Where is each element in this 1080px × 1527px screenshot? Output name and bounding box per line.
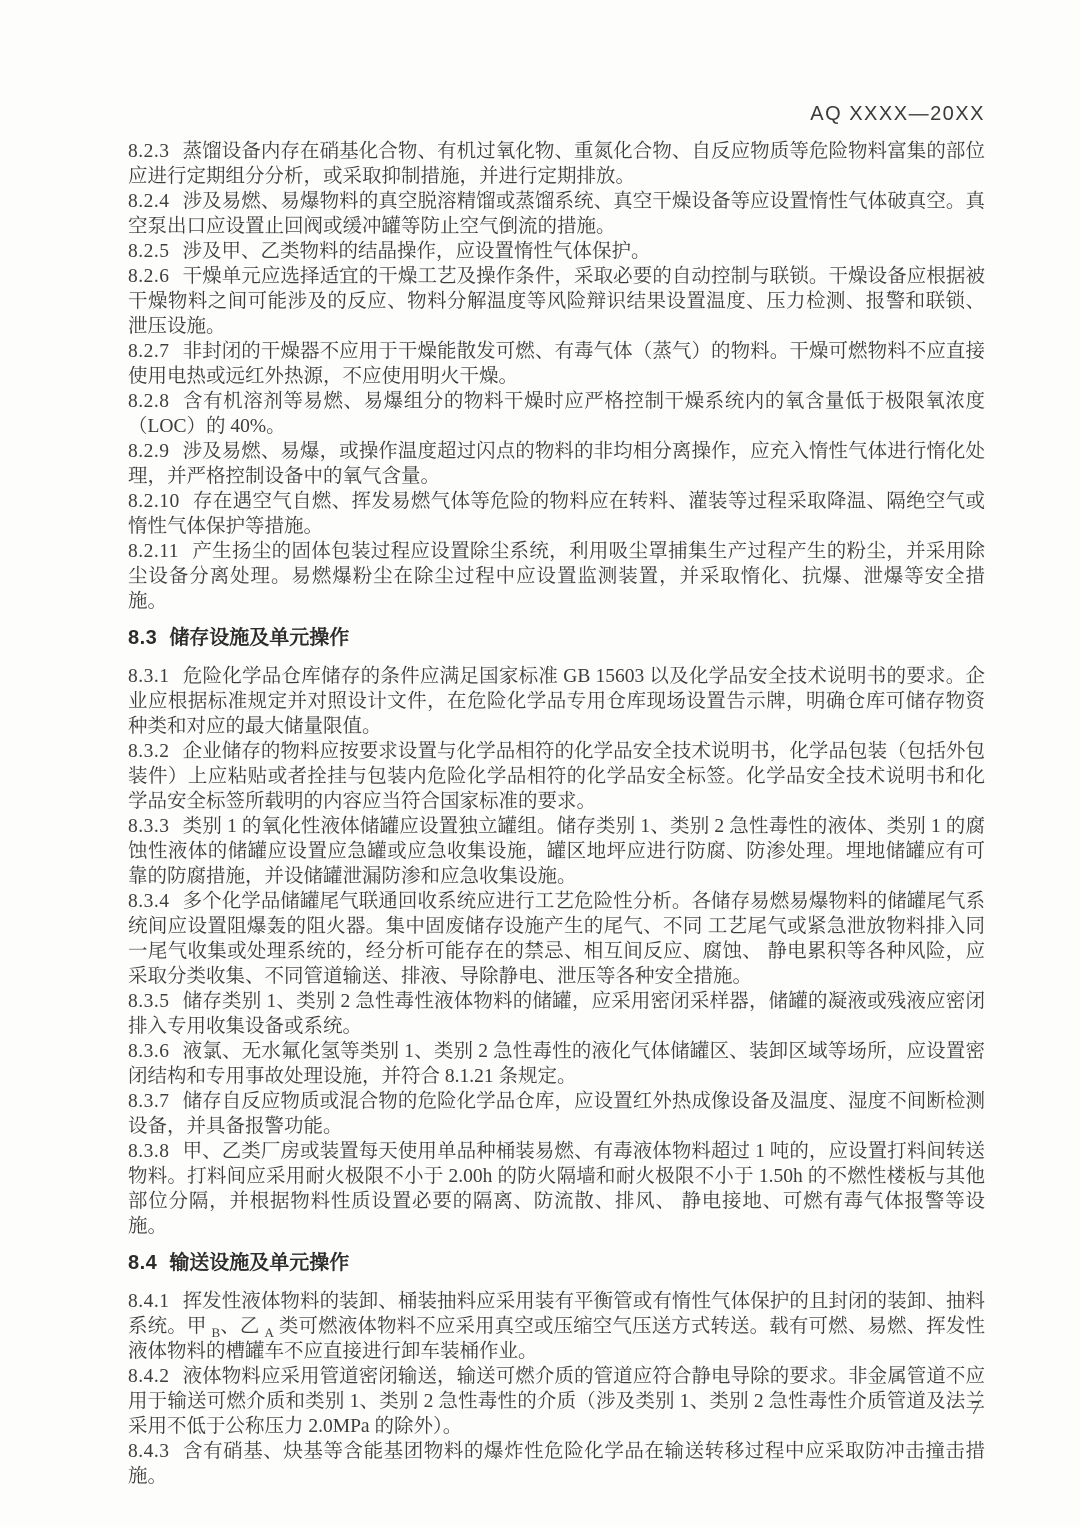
clause-text: 液体物料应采用管道密闭输送，输送可燃介质的管道应符合静电导除的要求。非金属管道不… (128, 1366, 985, 1437)
clause-number: 8.2.11 (128, 541, 179, 562)
clause-text: 非封闭的干燥器不应用于干燥能散发可燃、有毒气体（蒸气）的物料。干燥可燃物料不应直… (128, 341, 985, 387)
clause-text: 企业储存的物料应按要求设置与化学品相符的化学品安全技术说明书，化学品包装（包括外… (128, 741, 985, 812)
clause-number: 8.3.4 (128, 891, 170, 912)
clause-number: 8.2.10 (128, 491, 180, 512)
clause-paragraph: 8.3.1危险化学品仓库储存的条件应满足国家标准 GB 15603 以及化学品安… (128, 664, 985, 739)
clause-number: 8.3.5 (128, 991, 170, 1012)
clause-text: 产生扬尘的固体包装过程应设置除尘系统，利用吸尘罩捕集生产过程产生的粉尘，并采用除… (128, 541, 985, 612)
document-page: AQ XXXX—20XX 8.2.3蒸馏设备内存在硝基化合物、有机过氧化物、重氮… (0, 0, 1080, 1527)
clause-paragraph: 8.3.7储存自反应物质或混合物的危险化学品仓库，应设置红外热成像设备及温度、湿… (128, 1089, 985, 1139)
clause-paragraph: 8.2.6干燥单元应选择适宜的干燥工艺及操作条件，采取必要的自动控制与联锁。干燥… (128, 264, 985, 339)
clause-paragraph: 8.4.2液体物料应采用管道密闭输送，输送可燃介质的管道应符合静电导除的要求。非… (128, 1364, 985, 1439)
clause-number: 8.4.2 (128, 1366, 170, 1387)
section-heading: 8.4输送设施及单元操作 (128, 1250, 985, 1276)
clause-paragraph: 8.2.10存在遇空气自燃、挥发易燃气体等危险的物料应在转料、灌装等过程采取降温… (128, 489, 985, 539)
clause-number: 8.4.1 (128, 1291, 170, 1312)
document-body: 8.2.3蒸馏设备内存在硝基化合物、有机过氧化物、重氮化合物、自反应物质等危险物… (128, 139, 985, 1489)
clause-number: 8.2.7 (128, 341, 170, 362)
clause-paragraph: 8.3.6液氯、无水氟化氢等类别 1、类别 2 急性毒性的液化气体储罐区、装卸区… (128, 1039, 985, 1089)
clause-paragraph: 8.2.4涉及易燃、易爆物料的真空脱溶精馏或蒸馏系统、真空干燥设备等应设置惰性气… (128, 189, 985, 239)
clause-number: 8.3.2 (128, 741, 170, 762)
clause-text: 涉及甲、乙类物料的结晶操作，应设置惰性气体保护。 (183, 241, 651, 262)
clause-text: 储存类别 1、类别 2 急性毒性液体物料的储罐，应采用密闭采样器，储罐的凝液或残… (128, 991, 985, 1037)
clause-text: 蒸馏设备内存在硝基化合物、有机过氧化物、重氮化合物、自反应物质等危险物料富集的部… (128, 141, 985, 187)
clause-number: 8.2.4 (128, 191, 170, 212)
clause-number: 8.4.3 (128, 1441, 170, 1462)
clause-text: 涉及易燃、易爆，或操作温度超过闪点的物料的非均相分离操作，应充入惰性气体进行惰化… (128, 441, 985, 487)
clause-number: 8.4 (128, 1252, 157, 1274)
clause-paragraph: 8.2.8含有机溶剂等易燃、易爆组分的物料干燥时应严格控制干燥系统内的氧含量低于… (128, 389, 985, 439)
clause-text: 输送设施及单元操作 (169, 1252, 349, 1274)
clause-paragraph: 8.3.4多个化学品储罐尾气联通回收系统应进行工艺危险性分析。各储存易燃易爆物料… (128, 889, 985, 989)
clause-text: 存在遇空气自燃、挥发易燃气体等危险的物料应在转料、灌装等过程采取降温、隔绝空气或… (128, 491, 985, 537)
clause-text: 挥发性液体物料的装卸、桶装抽料应采用装有平衡管或有惰性气体保护的且封闭的装卸、抽… (128, 1291, 985, 1362)
clause-number: 8.2.5 (128, 241, 170, 262)
clause-number: 8.2.9 (128, 441, 170, 462)
clause-paragraph: 8.2.3蒸馏设备内存在硝基化合物、有机过氧化物、重氮化合物、自反应物质等危险物… (128, 139, 985, 189)
clause-number: 8.3.8 (128, 1141, 170, 1162)
clause-paragraph: 8.3.8甲、乙类厂房或装置每天使用单品种桶装易燃、有毒液体物料超过 1 吨的，… (128, 1139, 985, 1239)
clause-number: 8.3.1 (128, 666, 170, 687)
clause-text: 类别 1 的氧化性液体储罐应设置独立罐组。储存类别 1、类别 2 急性毒性的液体… (128, 816, 985, 887)
clause-text: 液氯、无水氟化氢等类别 1、类别 2 急性毒性的液化气体储罐区、装卸区域等场所，… (128, 1041, 985, 1087)
clause-number: 8.2.6 (128, 266, 170, 287)
clause-text: 含有硝基、炔基等含能基团物料的爆炸性危险化学品在输送转移过程中应采取防冲击撞击措… (128, 1441, 985, 1487)
clause-paragraph: 8.3.2企业储存的物料应按要求设置与化学品相符的化学品安全技术说明书，化学品包… (128, 739, 985, 814)
running-header: AQ XXXX—20XX (810, 103, 985, 126)
clause-paragraph: 8.2.9涉及易燃、易爆，或操作温度超过闪点的物料的非均相分离操作，应充入惰性气… (128, 439, 985, 489)
clause-number: 8.3 (128, 627, 157, 649)
clause-paragraph: 8.2.5涉及甲、乙类物料的结晶操作，应设置惰性气体保护。 (128, 239, 985, 264)
clause-number: 8.2.8 (128, 391, 170, 412)
clause-text: 危险化学品仓库储存的条件应满足国家标准 GB 15603 以及化学品安全技术说明… (128, 666, 985, 737)
clause-number: 8.3.7 (128, 1091, 170, 1112)
section-heading: 8.3储存设施及单元操作 (128, 625, 985, 651)
clause-text: 储存设施及单元操作 (169, 627, 349, 649)
clause-text: 多个化学品储罐尾气联通回收系统应进行工艺危险性分析。各储存易燃易爆物料的储罐尾气… (128, 891, 985, 987)
clause-number: 8.2.3 (128, 141, 170, 162)
clause-text: 含有机溶剂等易燃、易爆组分的物料干燥时应严格控制干燥系统内的氧含量低于极限氧浓度… (128, 391, 985, 437)
clause-paragraph: 8.3.3类别 1 的氧化性液体储罐应设置独立罐组。储存类别 1、类别 2 急性… (128, 814, 985, 889)
clause-text: 甲、乙类厂房或装置每天使用单品种桶装易燃、有毒液体物料超过 1 吨的，应设置打料… (128, 1141, 985, 1237)
page-number: 7 (971, 1398, 981, 1420)
clause-text: 储存自反应物质或混合物的危险化学品仓库，应设置红外热成像设备及温度、湿度不间断检… (128, 1091, 985, 1137)
clause-paragraph: 8.4.1挥发性液体物料的装卸、桶装抽料应采用装有平衡管或有惰性气体保护的且封闭… (128, 1289, 985, 1364)
clause-text: 干燥单元应选择适宜的干燥工艺及操作条件，采取必要的自动控制与联锁。干燥设备应根据… (128, 266, 985, 337)
clause-paragraph: 8.2.11产生扬尘的固体包装过程应设置除尘系统，利用吸尘罩捕集生产过程产生的粉… (128, 539, 985, 614)
clause-paragraph: 8.2.7非封闭的干燥器不应用于干燥能散发可燃、有毒气体（蒸气）的物料。干燥可燃… (128, 339, 985, 389)
clause-number: 8.3.3 (128, 816, 170, 837)
clause-paragraph: 8.4.3含有硝基、炔基等含能基团物料的爆炸性危险化学品在输送转移过程中应采取防… (128, 1439, 985, 1489)
clause-paragraph: 8.3.5储存类别 1、类别 2 急性毒性液体物料的储罐，应采用密闭采样器，储罐… (128, 989, 985, 1039)
clause-number: 8.3.6 (128, 1041, 170, 1062)
clause-text: 涉及易燃、易爆物料的真空脱溶精馏或蒸馏系统、真空干燥设备等应设置惰性气体破真空。… (128, 191, 985, 237)
